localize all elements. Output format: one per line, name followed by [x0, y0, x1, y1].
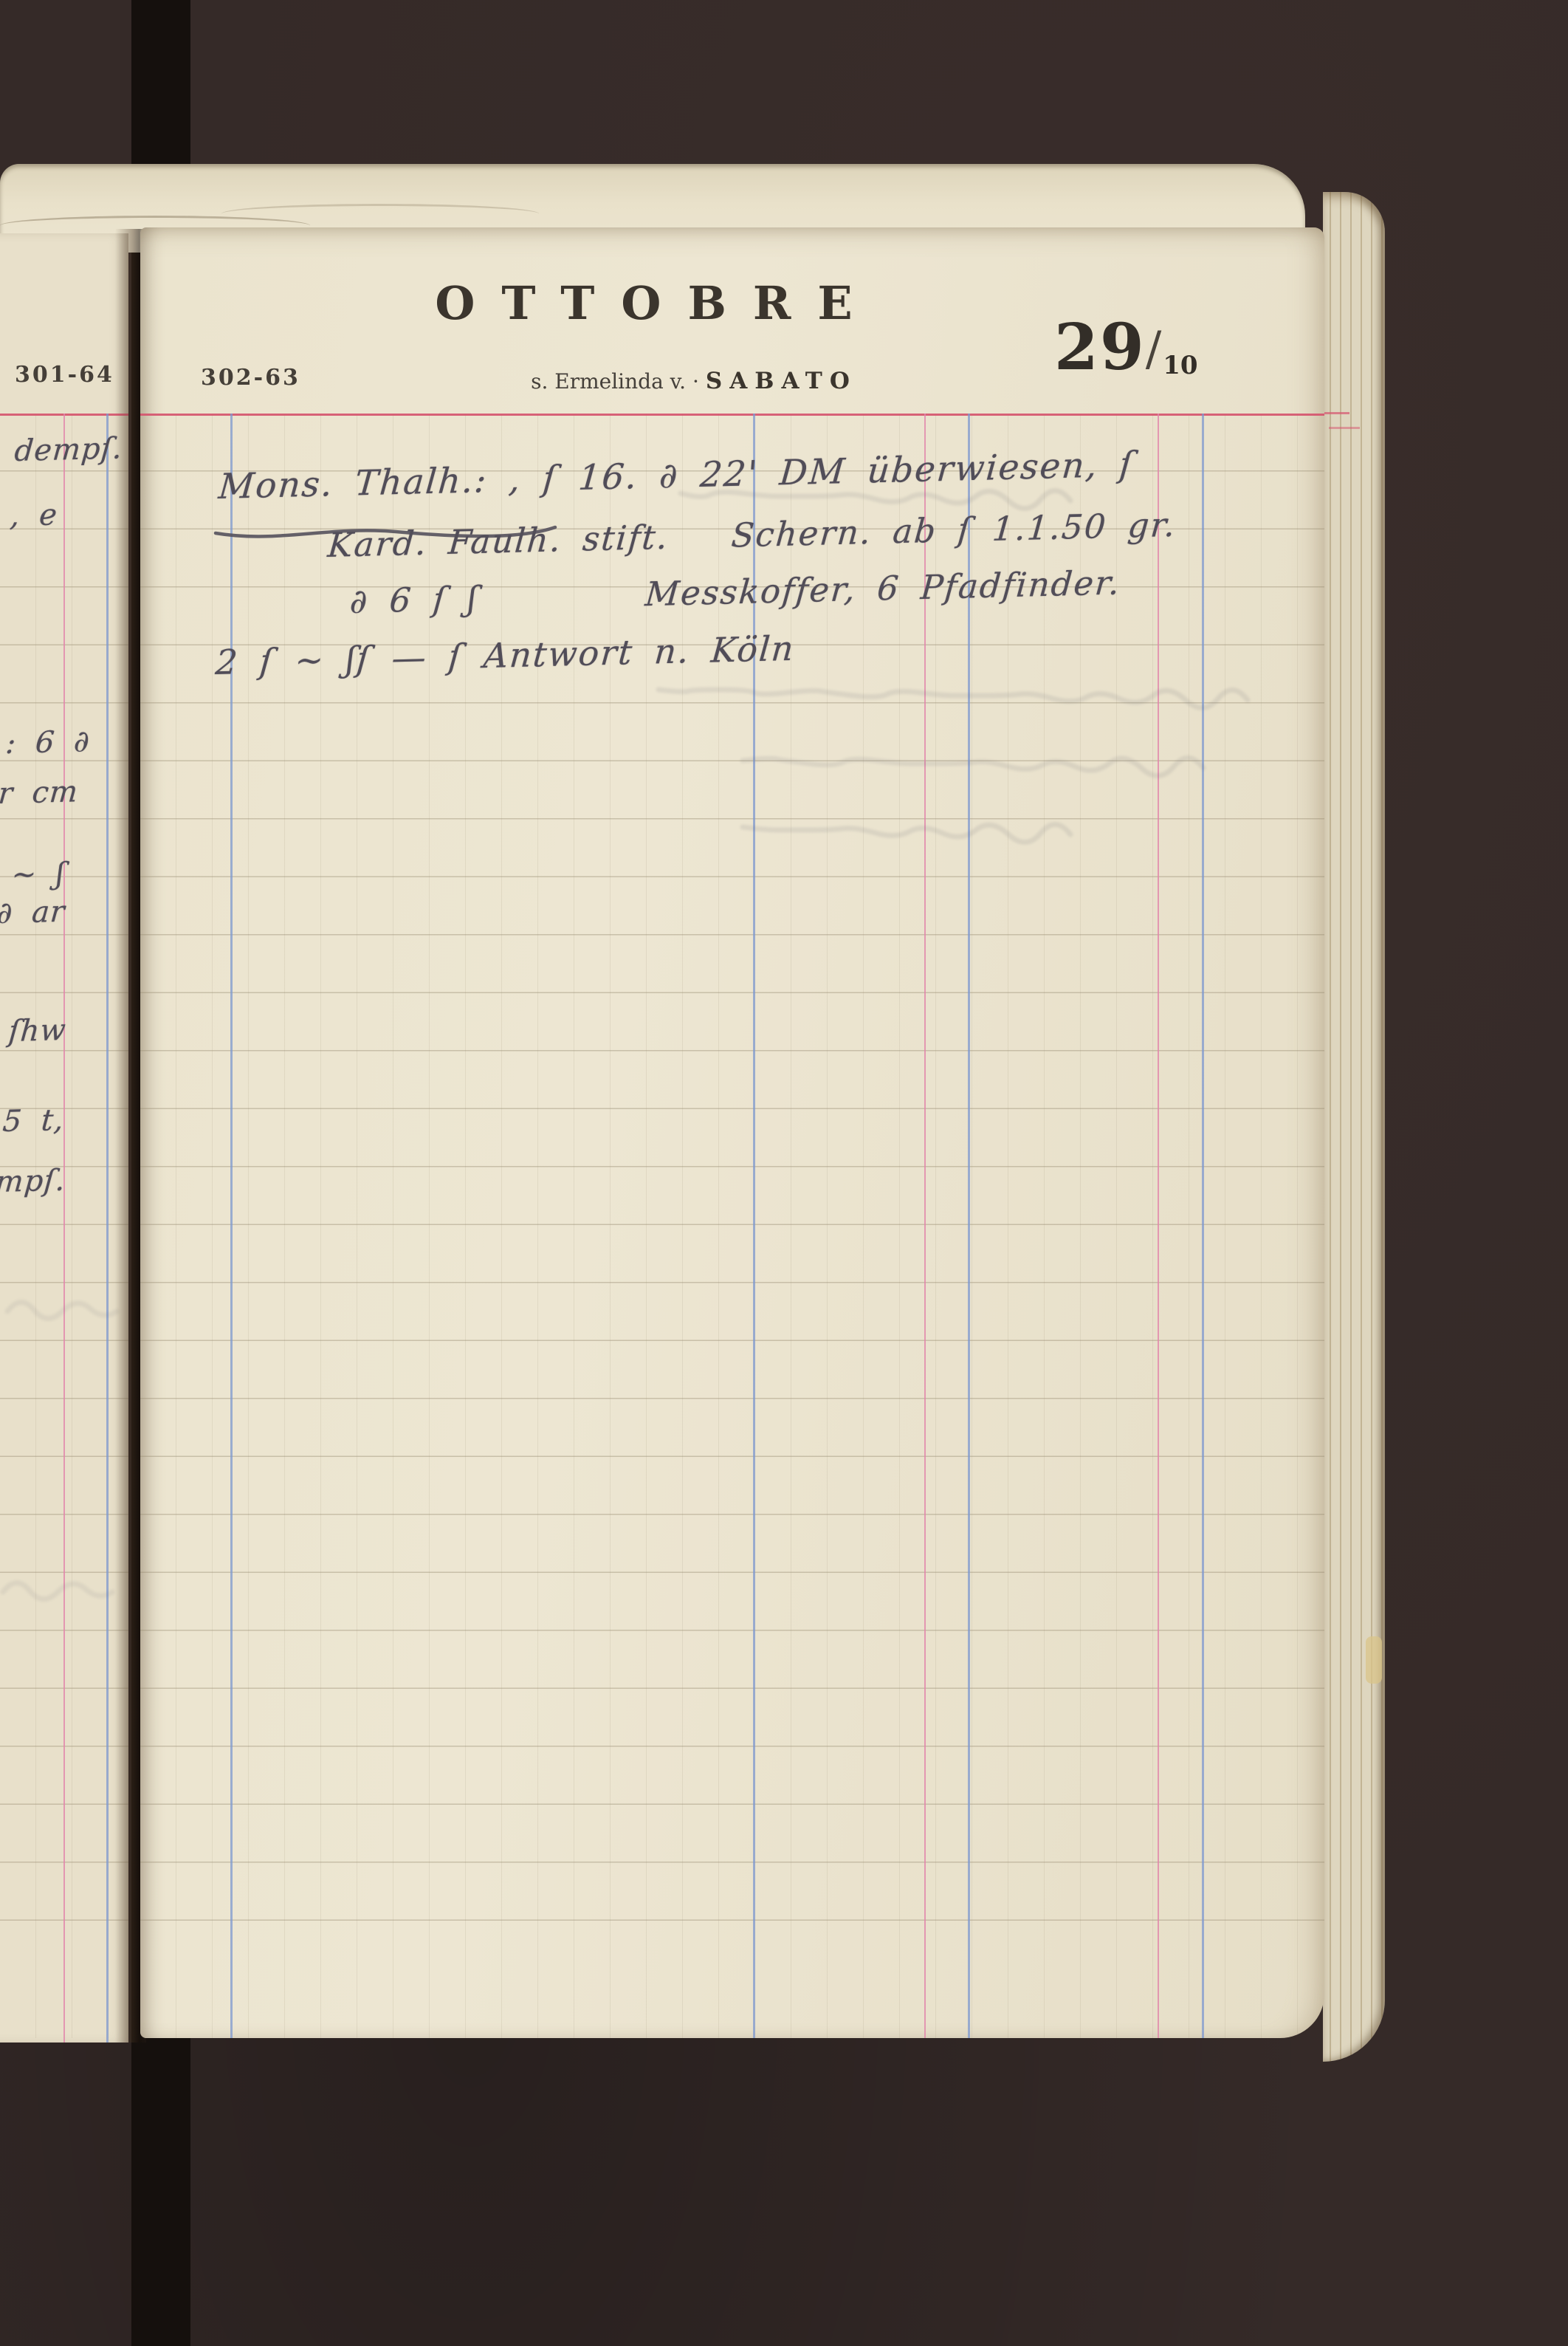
handwritten-fragment: ſhw [7, 1013, 67, 1049]
day-month-number: 10 [1163, 351, 1197, 380]
month-title: OTTOBRE [273, 276, 1041, 330]
handwritten-fragment: : 6 ∂ [4, 724, 92, 761]
red-edge-mark [1329, 427, 1360, 429]
handwritten-fragment: , e [9, 498, 59, 533]
handwritten-fragment: dempſ. [13, 431, 124, 468]
left-page: 301-64 dempſ. , e : 6 ∂ r cm ~ ʃ ∂ ar ſh… [0, 233, 128, 2043]
separator-dot: · [692, 369, 699, 394]
ink-bleed-through [0, 1282, 125, 1725]
saint-name: s. Ermelinda v. [531, 369, 686, 394]
saint-day-line: s. Ermelinda v. · SABATO [310, 368, 1078, 394]
page-number-right: 302-63 [201, 365, 300, 391]
handwritten-fragment: mpſ. [0, 1164, 67, 1199]
weekday-label: SABATO [706, 368, 857, 394]
handwritten-fragment: r cm [0, 775, 80, 811]
handwritten-fragment: ~ ʃ [10, 857, 66, 892]
scanned-diary-photo: 301-64 dempſ. , e : 6 ∂ r cm ~ ʃ ∂ ar ſh… [0, 0, 1568, 2346]
margin-line-pink [63, 414, 65, 2043]
stain-mark [1366, 1636, 1382, 1684]
date-block: 29/10 [1054, 310, 1197, 385]
page-number-left: 301-64 [15, 362, 114, 388]
red-edge-mark [1323, 412, 1349, 414]
handwritten-fragment: ∂ ar [0, 895, 66, 930]
page-stack-fore-edge [1323, 192, 1385, 2062]
handwritten-fragment: 5 t, [1, 1103, 66, 1139]
page-curl-line [221, 204, 539, 224]
right-page: OTTOBRE s. Ermelinda v. · SABATO 302-63 … [140, 227, 1324, 2038]
red-header-rule [140, 414, 1324, 416]
day-number: 29 [1054, 310, 1146, 385]
day-slash: / [1146, 322, 1162, 377]
margin-line-blue [106, 414, 109, 2043]
